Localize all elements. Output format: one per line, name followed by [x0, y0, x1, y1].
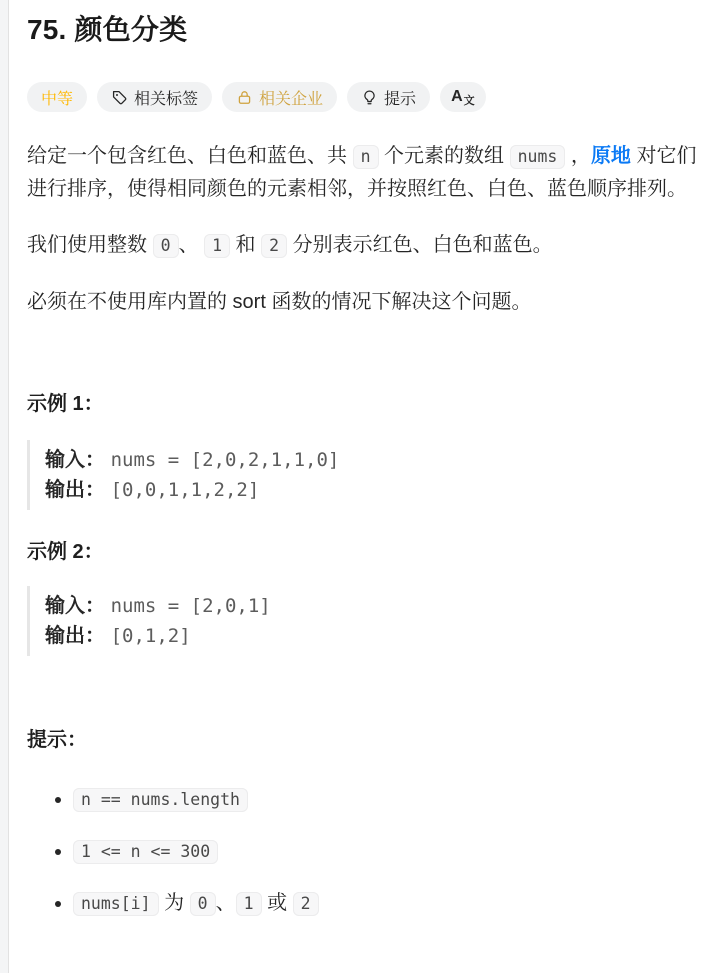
badge-row: 中等 相关标签 相关企业	[27, 82, 701, 112]
text-segment: 个元素的数组	[379, 145, 510, 167]
inline-code-chip: n	[353, 145, 379, 169]
related-companies-button[interactable]: 相关企业	[222, 82, 337, 112]
example-2-input-line: 输入： nums = [2,0,1]	[45, 591, 701, 621]
input-value: nums = [2,0,1]	[111, 595, 271, 617]
inline-code-chip: 2	[261, 234, 287, 258]
text-segment: 必须在不使用库内置的 sort 函数的情况下解决这个问题。	[27, 291, 531, 313]
example-2-output-line: 输出： [0,1,2]	[45, 621, 701, 651]
example-1-input-line: 输入： nums = [2,0,2,1,1,0]	[45, 445, 701, 475]
text-segment: ，	[565, 145, 591, 167]
inline-code-chip: nums[i]	[73, 892, 159, 916]
inline-code-chip: n == nums.length	[73, 788, 248, 812]
text-segment: 为	[159, 892, 190, 914]
output-label: 输出：	[45, 479, 105, 501]
statement-paragraph-1: 给定一个包含红色、白色和蓝色、共 n 个元素的数组 nums ，原地 对它们进行…	[27, 140, 699, 205]
example-1-block: 输入： nums = [2,0,2,1,1,0] 输出： [0,0,1,1,2,…	[27, 440, 701, 510]
constraint-item: nums[i] 为 0、1 或 2	[73, 888, 701, 919]
related-tags-button[interactable]: 相关标签	[97, 82, 212, 112]
translate-icon: A文	[451, 88, 475, 106]
example-1-heading: 示例 1：	[27, 390, 701, 418]
inline-code-chip: 1 <= n <= 300	[73, 840, 218, 864]
lightbulb-icon	[361, 89, 378, 106]
statement-paragraph-3: 必须在不使用库内置的 sort 函数的情况下解决这个问题。	[27, 286, 699, 318]
text-segment: 、	[216, 892, 236, 914]
text-segment: 给定一个包含红色、白色和蓝色、共	[27, 145, 353, 167]
hint-button[interactable]: 提示	[347, 82, 430, 112]
text-segment: 我们使用整数	[27, 234, 153, 256]
example-2-block: 输入： nums = [2,0,1] 输出： [0,1,2]	[27, 586, 701, 656]
inline-link[interactable]: 原地	[591, 145, 631, 167]
hint-label: 提示	[384, 86, 416, 109]
inline-code-chip: 2	[293, 892, 319, 916]
constraint-item: 1 <= n <= 300	[73, 836, 701, 867]
translate-toggle-button[interactable]: A文	[440, 82, 486, 112]
input-label: 输入：	[45, 449, 105, 471]
related-companies-label: 相关企业	[259, 86, 323, 109]
input-label: 输入：	[45, 595, 105, 617]
related-tags-label: 相关标签	[134, 86, 198, 109]
tag-icon	[111, 89, 128, 106]
constraints-list: n == nums.length 1 <= n <= 300 nums[i] 为…	[27, 784, 701, 919]
example-1-output-line: 输出： [0,0,1,1,2,2]	[45, 475, 701, 505]
inline-code-chip: 0	[190, 892, 216, 916]
panel-left-edge	[0, 0, 9, 973]
problem-statement: 给定一个包含红色、白色和蓝色、共 n 个元素的数组 nums ，原地 对它们进行…	[27, 140, 701, 318]
output-label: 输出：	[45, 625, 105, 647]
inline-code-chip: nums	[510, 145, 566, 169]
constraint-item: n == nums.length	[73, 784, 701, 815]
example-2-heading: 示例 2：	[27, 538, 701, 566]
problem-title: 75. 颜色分类	[27, 10, 701, 50]
statement-paragraph-2: 我们使用整数 0、 1 和 2 分别表示红色、白色和蓝色。	[27, 229, 699, 262]
problem-description-panel: 75. 颜色分类 中等 相关标签 相关企业	[9, 0, 715, 973]
inline-code-chip: 1	[236, 892, 262, 916]
difficulty-badge[interactable]: 中等	[27, 82, 87, 112]
lock-icon	[236, 89, 253, 106]
inline-code-chip: 1	[204, 234, 230, 258]
constraints-heading: 提示：	[27, 726, 701, 754]
text-segment: 和	[230, 234, 261, 256]
output-value: [0,1,2]	[111, 625, 191, 647]
text-segment: 、	[179, 234, 205, 256]
text-segment: 分别表示红色、白色和蓝色。	[287, 234, 553, 256]
input-value: nums = [2,0,2,1,1,0]	[111, 449, 340, 471]
text-segment: 或	[262, 892, 293, 914]
inline-code-chip: 0	[153, 234, 179, 258]
output-value: [0,0,1,1,2,2]	[111, 479, 260, 501]
